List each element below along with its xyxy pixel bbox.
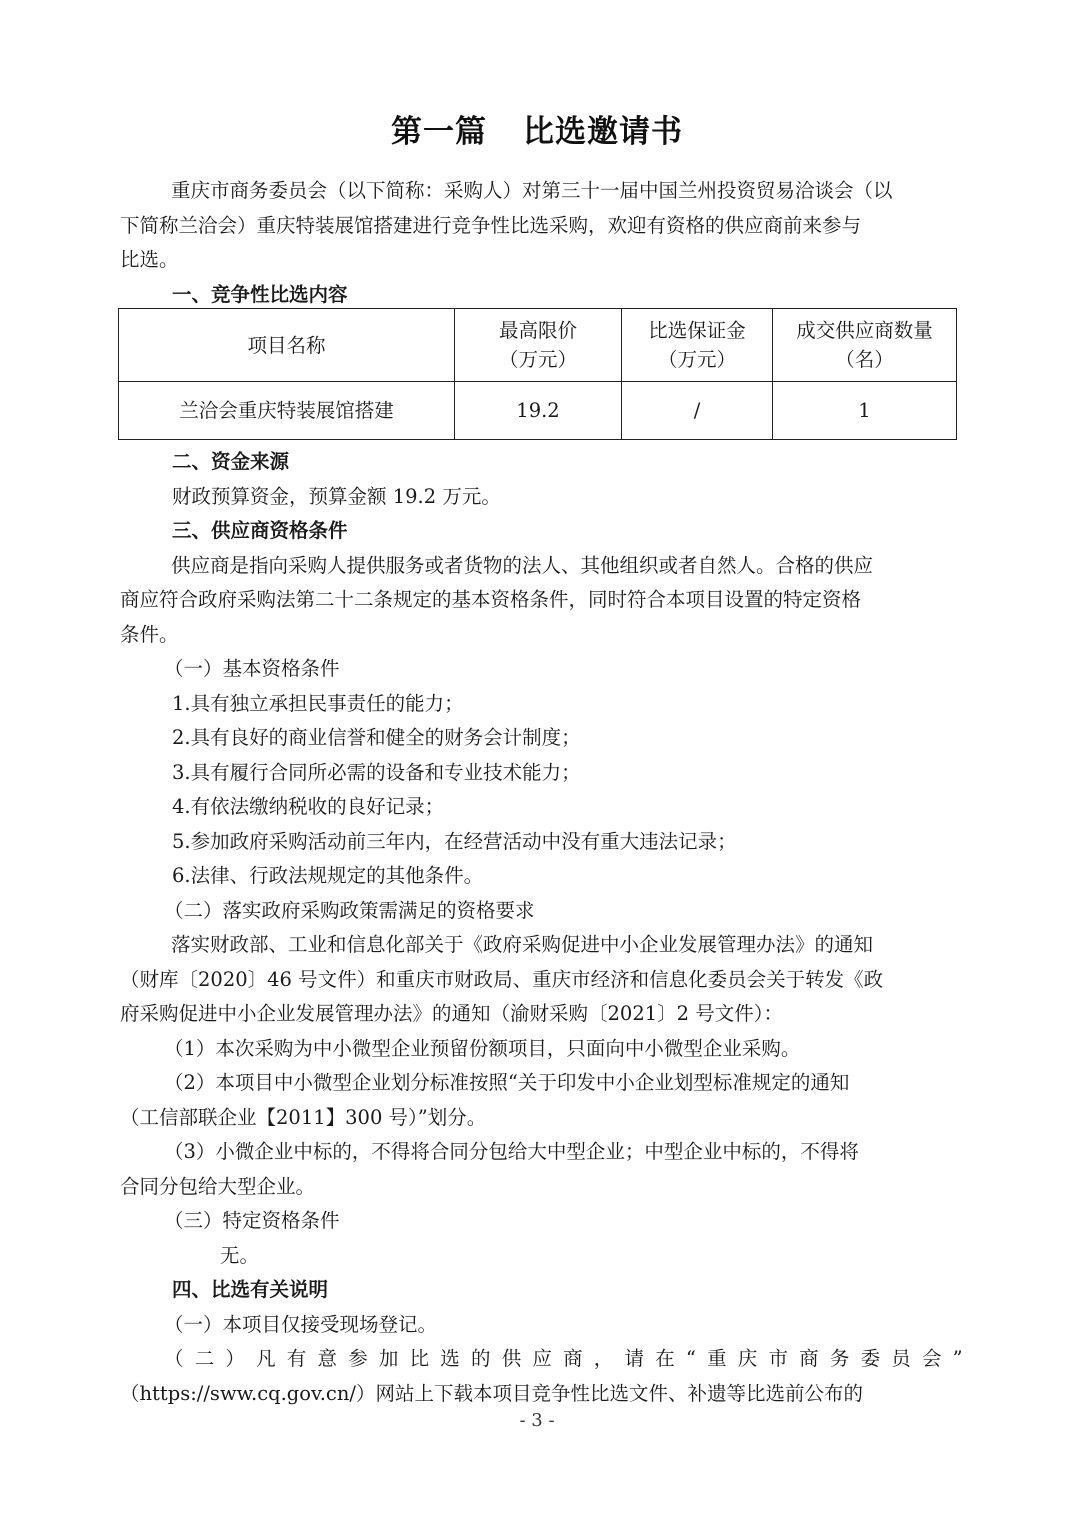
page-number: - 3 - (0, 1410, 1074, 1431)
sub-3-heading: （三）特定资格条件 (120, 1204, 948, 1239)
section-2: 二、资金来源 财政预算资金，预算金额 19.2 万元。 三、供应商资格条件 供应… (128, 445, 948, 1411)
intro-line-2: 下简称兰洽会）重庆特装展馆搭建进行竞争性比选采购，欢迎有资格的供应商前来参与 (120, 209, 948, 244)
qualification-item-4: 4.有依法缴纳税收的良好记录； (128, 790, 948, 825)
header-deposit-line1: 比选保证金 (622, 316, 772, 345)
section-2-text: 财政预算资金，预算金额 19.2 万元。 (128, 480, 948, 515)
header-project-name: 项目名称 (119, 309, 455, 382)
document-page: 第一篇比选邀请书 重庆市商务委员会（以下简称：采购人）对第三十一届中国兰州投资贸… (0, 0, 1074, 1520)
qualification-item-5: 5.参加政府采购活动前三年内，在经营活动中没有重大违法记录； (128, 825, 948, 860)
content-table: 项目名称 最高限价 （万元） 比选保证金 （万元） 成交供应商数量 （名） 兰洽… (118, 308, 957, 440)
sub-1-heading: （一）基本资格条件 (120, 652, 948, 687)
qualification-item-6: 6.法律、行政法规规定的其他条件。 (128, 859, 948, 894)
table-header-row: 项目名称 最高限价 （万元） 比选保证金 （万元） 成交供应商数量 （名） (119, 309, 957, 382)
policy-para-line-2: （财库〔2020〕46 号文件）和重庆市财政局、重庆市经济和信息化委员会关于转发… (120, 963, 948, 998)
policy-item-3-line-1: （3）小微企业中标的，不得将合同分包给大中型企业；中型企业中标的，不得将 (120, 1135, 948, 1170)
sub-2-heading: （二）落实政府采购政策需满足的资格要求 (120, 894, 948, 929)
title-part-2: 比选邀请书 (523, 114, 683, 150)
policy-para-line-3: 府采购促进中小企业发展管理办法》的通知（渝财采购〔2021〕2 号文件）： (120, 997, 948, 1032)
qualification-item-2: 2.具有良好的商业信誉和健全的财务会计制度； (128, 721, 948, 756)
policy-item-2-line-2: （工信部联企业【2011】300 号）”划分。 (120, 1101, 948, 1136)
policy-para-line-1: 落实财政部、工业和信息化部关于《政府采购促进中小企业发展管理办法》的通知 (128, 928, 948, 963)
qualification-item-1: 1.具有独立承担民事责任的能力； (128, 687, 948, 722)
page-title: 第一篇比选邀请书 (0, 106, 1074, 151)
cell-supplier-count: 1 (773, 382, 957, 440)
header-max-price-line2: （万元） (455, 345, 621, 374)
cell-deposit: / (622, 382, 773, 440)
section-3-intro-line-3: 条件。 (120, 618, 948, 653)
section-4-item-1: （一）本项目仅接受现场登记。 (120, 1308, 948, 1343)
section-3-intro-line-2: 商应符合政府采购法第二十二条规定的基本资格条件，同时符合本项目设置的特定资格 (120, 583, 948, 618)
section-2-heading: 二、资金来源 (128, 445, 948, 480)
header-supplier-count: 成交供应商数量 （名） (773, 309, 957, 382)
intro-line-1: 重庆市商务委员会（以下简称：采购人）对第三十一届中国兰州投资贸易洽谈会（以 (128, 174, 948, 209)
section-4-item-2-line-1: （二）凡有意参加比选的供应商，请在“重庆市商务委员会” (120, 1342, 948, 1377)
header-project-name-text: 项目名称 (119, 331, 454, 360)
header-supplier-count-line1: 成交供应商数量 (773, 316, 956, 345)
sub-3-text: 无。 (120, 1239, 948, 1274)
cell-max-price: 19.2 (455, 382, 622, 440)
section-4-item-2-line-2: （https://sww.cq.gov.cn/）网站上下载本项目竞争性比选文件、… (120, 1377, 948, 1412)
header-deposit-line2: （万元） (622, 345, 772, 374)
intro-paragraph: 重庆市商务委员会（以下简称：采购人）对第三十一届中国兰州投资贸易洽谈会（以 下简… (128, 174, 948, 278)
title-part-1: 第一篇 (391, 114, 487, 150)
intro-line-3: 比选。 (120, 243, 948, 278)
section-3-intro-line-1: 供应商是指向采购人提供服务或者货物的法人、其他组织或者自然人。合格的供应 (128, 549, 948, 584)
policy-item-2-line-1: （2）本项目中小微型企业划分标准按照“关于印发中小企业划型标准规定的通知 (120, 1066, 948, 1101)
header-supplier-count-line2: （名） (773, 345, 956, 374)
section-3-heading: 三、供应商资格条件 (128, 514, 948, 549)
header-max-price-line1: 最高限价 (455, 316, 621, 345)
qualification-item-3: 3.具有履行合同所必需的设备和专业技术能力； (128, 756, 948, 791)
header-max-price: 最高限价 （万元） (455, 309, 622, 382)
policy-item-3-line-2: 合同分包给大型企业。 (120, 1170, 948, 1205)
cell-project-name: 兰洽会重庆特装展馆搭建 (119, 382, 455, 440)
header-deposit: 比选保证金 （万元） (622, 309, 773, 382)
section-4-heading: 四、比选有关说明 (128, 1273, 948, 1308)
table-row: 兰洽会重庆特装展馆搭建 19.2 / 1 (119, 382, 957, 440)
policy-item-1: （1）本次采购为中小微型企业预留份额项目，只面向中小微型企业采购。 (120, 1032, 948, 1067)
